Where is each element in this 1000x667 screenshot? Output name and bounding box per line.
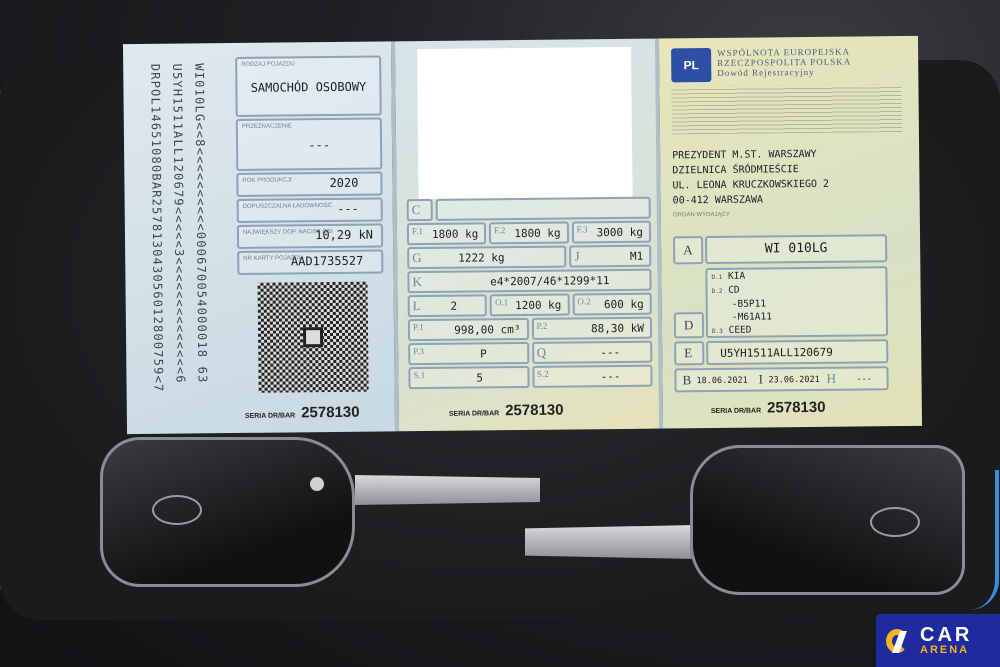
row-k: Ke4*2007/46*1299*11 [407,269,651,294]
car-arena-logo-icon [886,627,910,655]
row-g-j: G1222 kg JM1 [407,245,651,270]
row-s: S.15 S.2--- [408,365,652,390]
field-e-vin: U5YH1511ALL120679 [706,339,888,365]
field-purpose: PRZEZNACZENIE --- [236,117,383,171]
right-panel: PL WSPÓLNOTA EUROPEJSKA RZECZPOSPOLITA P… [659,36,922,429]
mrz-line: WI010LG<<8<<<<<<<<<<000670054000018 63 [189,63,213,403]
car-arena-watermark: CAR ARENA [876,614,1000,667]
registration-document: DRPOL14651080BAR257813043056012800759<7 … [123,36,922,434]
field-b-i-h: B 18.06.2021 I 23.06.2021 H --- [674,366,888,392]
row-f: F.11800 kg F.21800 kg F.33000 kg [407,221,651,246]
key-blade [355,475,540,505]
car-key-fob-flip [100,437,355,587]
row-p1-p2: P.1998,00 cm³ P.288,30 kW [408,317,652,342]
field-axle-load: NAJWIĘKSZY DOP. NACISK OSI 10,29 kN [237,223,383,249]
field-vehicle-card-number: NR KARTY POJAZDU AAD1735527 [237,249,383,275]
issuing-authority: PREZYDENT M.ST. WARSZAWY DZIELNICA ŚRÓDM… [672,146,895,223]
field-a-plate: WI 010LG [705,234,887,264]
field-load-capacity: DOPUSZCZALNA ŁADOWNOŚĆ --- [237,197,383,223]
document-header: WSPÓLNOTA EUROPEJSKA RZECZPOSPOLITA POLS… [717,47,851,78]
row-c: C [407,197,651,222]
kia-logo-icon [870,507,920,537]
document-series: SERIA DR/BAR2578130 [449,402,564,421]
field-a-code: A [673,236,703,264]
make-model-text: D.1 KIA D.2 CD -B5P11 -M61A11 D.3 CEED [711,268,892,338]
mrz-line: U5YH1511ALL120679<<<<<3<<<<<<<<<<<<<<6 [167,64,191,404]
blue-lanyard [955,470,999,610]
field-e-code: E [674,341,704,365]
field-production-year: ROK PRODUKCJI 2020 [236,171,382,197]
eu-flag-icon: PL [671,48,711,82]
mrz-line: DRPOL14651080BAR257813043056012800759<7 [145,64,169,404]
key-release-button [310,477,324,491]
document-series: SERIA DR/BAR2578130 [711,399,826,418]
left-panel: DRPOL14651080BAR257813043056012800759<7 … [123,41,395,434]
document-series: SERIA DR/BAR2578130 [245,404,360,423]
field-d-code: D [674,312,704,338]
redacted-area [417,47,633,199]
field-vehicle-type: RODZAJ POJAZDU SAMOCHÓD OSOBOWY [235,55,382,117]
qr-code [257,282,368,393]
microprint [671,84,901,134]
kia-logo-icon [152,495,202,525]
row-p3-q: P.3P Q--- [408,341,652,366]
key-blade [525,525,695,559]
mrz-block: DRPOL14651080BAR257813043056012800759<7 … [145,63,219,404]
car-key-fob-smart [690,445,965,595]
row-l-o: L2 O.11200 kg O.2600 kg [408,293,652,318]
middle-panel: C F.11800 kg F.21800 kg F.33000 kg G1222… [395,39,661,432]
